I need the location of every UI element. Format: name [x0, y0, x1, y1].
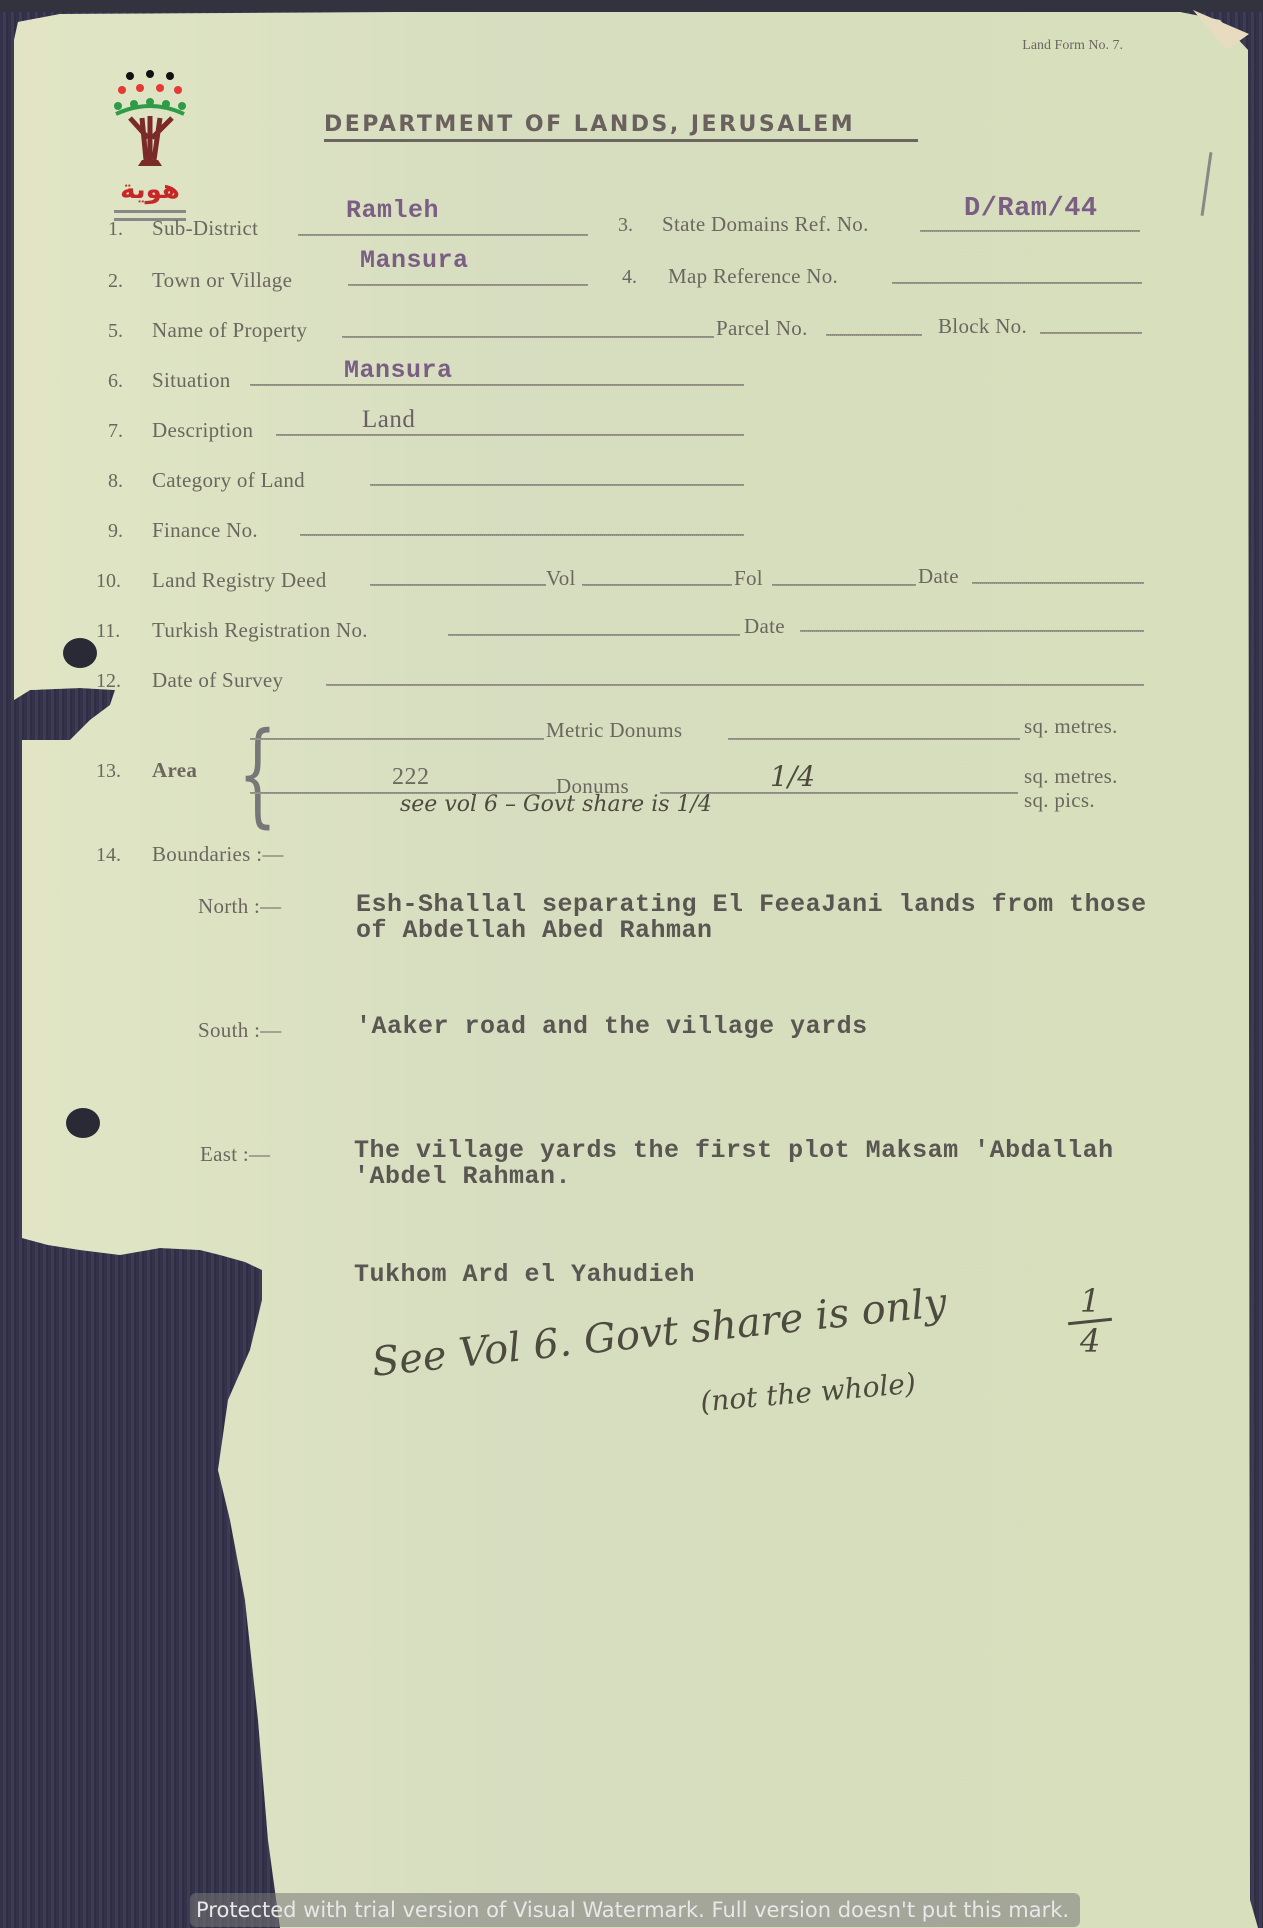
- deed-line: [370, 584, 546, 586]
- parcel-label: Parcel No.: [716, 316, 808, 341]
- sq-metres-label: sq. metres.: [1024, 764, 1118, 789]
- deed-date-label: Date: [918, 564, 959, 589]
- field-number: 14.: [96, 844, 121, 867]
- sub-district-label: Sub-District: [152, 216, 258, 241]
- west-value: Tukhom Ard el Yahudieh: [354, 1260, 695, 1289]
- turkish-date-line: [800, 630, 1144, 632]
- description-value: Land: [362, 406, 415, 434]
- town-village-value: Mansura: [360, 246, 469, 275]
- sub-district-line: [298, 234, 588, 236]
- state-domains-ref-label: State Domains Ref. No.: [662, 212, 869, 237]
- block-line: [1040, 332, 1142, 334]
- fol-label: Fol: [734, 566, 763, 591]
- punch-hole: [66, 1108, 100, 1138]
- top-edge: [0, 0, 1263, 12]
- map-reference-label: Map Reference No.: [668, 264, 838, 289]
- field-number: 8.: [108, 470, 123, 493]
- handwritten-fraction-denominator: 4: [1080, 1322, 1100, 1360]
- south-label: South :—: [198, 1018, 282, 1043]
- east-value-line2: 'Abdel Rahman.: [354, 1162, 571, 1191]
- svg-text:هوية: هوية: [120, 175, 180, 205]
- category-label: Category of Land: [152, 468, 305, 493]
- property-name-line: [342, 336, 714, 338]
- sq-metres-label: sq. metres.: [1024, 714, 1118, 739]
- metric-donums-label: Metric Donums: [546, 718, 682, 743]
- metric-sqm-line: [728, 738, 1020, 740]
- vol-line: [582, 584, 732, 586]
- deed-date-line: [972, 582, 1144, 584]
- town-village-line: [348, 284, 588, 286]
- block-label: Block No.: [938, 314, 1027, 339]
- north-value-line1: Esh-Shallal separating El FeeaJani lands…: [356, 890, 1147, 919]
- east-value-line1: The village yards the first plot Maksam …: [354, 1136, 1114, 1165]
- area-label: Area: [152, 758, 197, 783]
- page-title: DEPARTMENT OF LANDS, JERUSALEM: [324, 112, 855, 137]
- field-number: 13.: [96, 760, 121, 783]
- field-number: 1.: [108, 218, 123, 241]
- field-number: 4.: [622, 266, 637, 289]
- handwritten-fraction: 1/4: [770, 760, 815, 793]
- north-label: North :—: [198, 894, 281, 919]
- handwritten-area-note: see vol 6 – Govt share is 1/4: [400, 792, 712, 817]
- state-domains-ref-value: D/Ram/44: [964, 194, 1098, 224]
- turkish-registration-line: [448, 634, 740, 636]
- property-name-label: Name of Property: [152, 318, 307, 343]
- category-line: [370, 484, 744, 486]
- vol-label: Vol: [546, 566, 576, 591]
- situation-label: Situation: [152, 368, 231, 393]
- area-brace: {: [238, 718, 277, 830]
- description-line: [276, 434, 744, 436]
- finance-no-line: [300, 534, 744, 536]
- east-label: East :—: [200, 1142, 270, 1167]
- sq-pics-label: sq. pics.: [1024, 788, 1095, 813]
- field-number: 5.: [108, 320, 123, 343]
- fol-line: [772, 584, 916, 586]
- hawiya-logo-icon: هوية: [112, 68, 188, 238]
- survey-date-label: Date of Survey: [152, 668, 283, 693]
- north-value-line2: of Abdellah Abed Rahman: [356, 916, 713, 945]
- town-village-label: Town or Village: [152, 268, 292, 293]
- parcel-line: [826, 334, 922, 336]
- metric-donums-line: [250, 738, 544, 740]
- watermark-banner: Protected with trial version of Visual W…: [190, 1893, 1080, 1927]
- title-underline: [324, 139, 918, 142]
- form-number: Land Form No. 7.: [1022, 38, 1123, 54]
- donums-value: 222: [392, 764, 430, 791]
- situation-line: [250, 384, 744, 386]
- paper-left-strip: [20, 18, 46, 1238]
- description-label: Description: [152, 418, 253, 443]
- field-number: 6.: [108, 370, 123, 393]
- punch-hole: [63, 638, 97, 668]
- situation-value: Mansura: [344, 356, 453, 385]
- field-number: 7.: [108, 420, 123, 443]
- field-number: 10.: [96, 570, 121, 593]
- turkish-registration-label: Turkish Registration No.: [152, 618, 368, 643]
- south-value: 'Aaker road and the village yards: [356, 1012, 868, 1041]
- area-sqm-line: [660, 792, 1018, 794]
- field-number: 9.: [108, 520, 123, 543]
- turkish-date-label: Date: [744, 614, 785, 639]
- map-reference-line: [892, 282, 1142, 284]
- sub-district-value: Ramleh: [346, 196, 439, 225]
- field-number: 2.: [108, 270, 123, 293]
- boundaries-label: Boundaries :—: [152, 842, 284, 867]
- finance-no-label: Finance No.: [152, 518, 258, 543]
- field-number: 12.: [96, 670, 121, 693]
- land-registry-deed-label: Land Registry Deed: [152, 568, 327, 593]
- state-domains-ref-line: [920, 230, 1140, 232]
- field-number: 11.: [96, 620, 120, 643]
- field-number: 3.: [618, 214, 633, 237]
- survey-date-line: [326, 684, 1144, 686]
- handwritten-fraction-numerator: 1: [1080, 1282, 1100, 1320]
